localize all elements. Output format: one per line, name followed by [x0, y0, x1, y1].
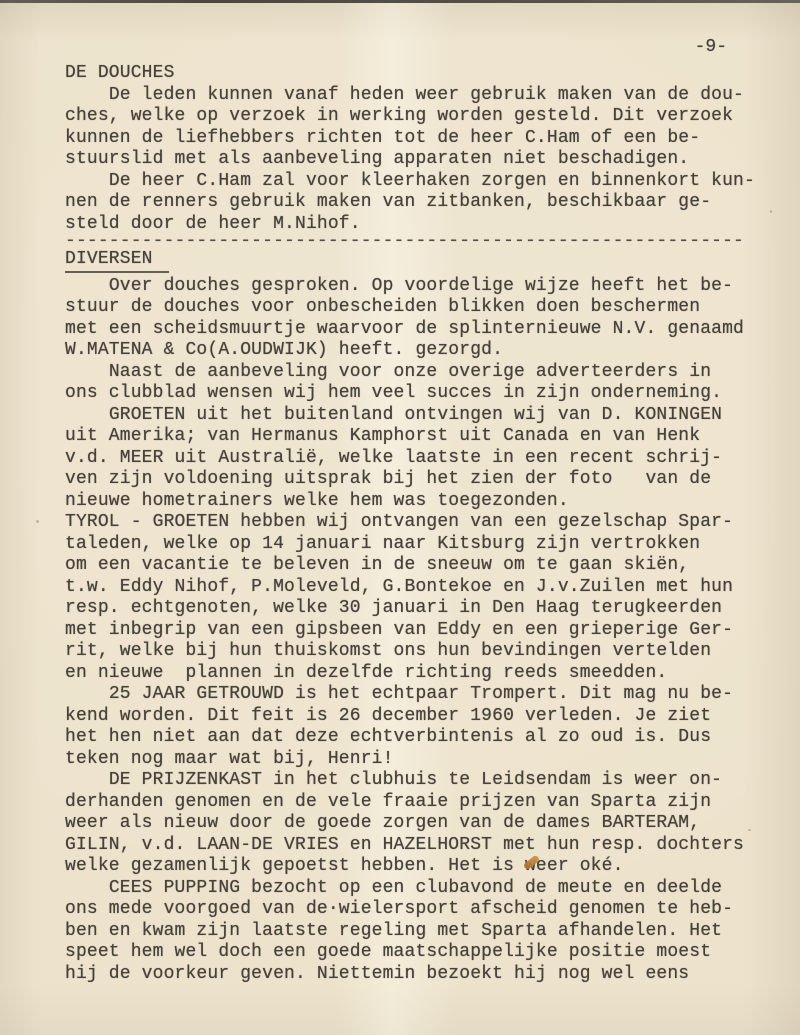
section-body-de-douches: De leden kunnen vanaf heden weer gebruik… — [65, 85, 765, 236]
page-number: -9- — [0, 37, 727, 58]
section-body-diversen: Over douches gesproken. Op voordelige wi… — [65, 276, 765, 986]
paper-speck — [36, 520, 39, 523]
section-title-de-douches: DE DOUCHES — [65, 63, 765, 85]
section-title-diversen: DIVERSEN — [65, 249, 169, 273]
paper-speck — [748, 829, 751, 831]
dashed-divider: ----------------------------------------… — [65, 235, 765, 248]
scan-edge-strip — [0, 0, 800, 3]
paper-speck — [770, 210, 772, 213]
section-heading-row: DIVERSEN — [65, 249, 765, 273]
page-content: DE DOUCHES De leden kunnen vanaf heden w… — [65, 63, 765, 985]
document-page: -9- DE DOUCHES De leden kunnen vanaf hed… — [0, 0, 800, 1035]
